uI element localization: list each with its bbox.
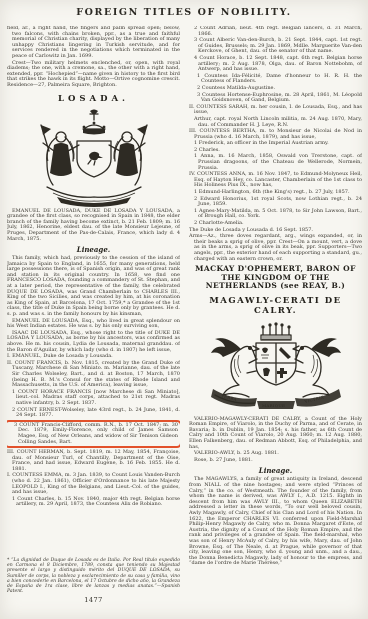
entry-count-herman: III. COUNT HERMAN, b. Sept. 1819, m. 12 … [7, 450, 180, 472]
entry-countess-hortense: 3 Countess Hortense-Euphrosine, m. 28 Ap… [189, 93, 362, 104]
entry-edward-honorius: 2 Edward Honorius, 1st royal Scots, now … [189, 197, 362, 208]
entry-agnes-mary-matilda: 1 Agnes-Mary-Matilda, m. 5 Oct. 1878, to… [189, 209, 362, 220]
annotation-highlight-box[interactable]: 3 COUNT Francis-Clifford, comm. R.N., b.… [7, 420, 180, 448]
entry-count-adrian: 2 Count Adrian, lieut. 4th regt. Belgian… [189, 26, 362, 37]
two-column-layout: field, ar., a right hand, the fingers an… [0, 18, 368, 619]
entry-edmund-harlington: 1 Edmund-Harlington, 6th (the King's) re… [189, 190, 362, 196]
losada-coat-of-arms-illustration [27, 107, 161, 207]
right-angel-supporter [109, 125, 147, 185]
page-running-head: FOREIGN TITLES OF NOBILITY. [0, 0, 368, 18]
book-page: FOREIGN TITLES OF NOBILITY. field, ar., … [0, 0, 368, 619]
emanuel-lousada-paragraph: EMANUEL DE LOUSADA, Esq., who lived in g… [7, 319, 180, 330]
left-column: field, ar., a right hand, the fingers an… [7, 26, 180, 550]
lineage-heading-losada: Lineage. [7, 245, 180, 254]
entry-anna: 1 Anna, m. 16 March, 1858, Oswald von Tr… [189, 154, 362, 171]
entry-emanuel: I. EMANUEL, Duke de Losada y Lousada. [7, 354, 180, 360]
mackay-dophemert-heading: MACKAY D'OPHEMERT, BARON OF THE KINGDOM … [189, 265, 362, 291]
sub-entry-count-charles: 1 Count Charles, b. 15 Nov. 1840, major … [7, 497, 180, 508]
entry-countess-ida: 1 Countess Ida-Félicité, Dame d'honneur … [189, 74, 362, 85]
magawly-lineage-paragraph: The MAGAWLYS, a family of great antiquit… [189, 477, 362, 567]
lineage-heading-magawly: Lineage. [189, 466, 362, 475]
crest-paragraph: Crest—Two military helmets enclenched, o… [7, 61, 180, 89]
entry-charlotte-amelia: 2 Charlotte-Amelia. [189, 221, 362, 227]
right-column: 2 Count Adrian, lieut. 4th regt. Belgian… [189, 26, 362, 619]
page-number: 1477 [7, 596, 180, 604]
entry-countess-sarah: II. COUNTESS SARAH, m. her cousin, I. de… [189, 105, 362, 116]
sub-entry-horace: 1 COUNT HORACE FRANCIS [now Marchese di … [7, 390, 180, 407]
motto-word-marique: MARIQUE [262, 403, 285, 408]
highlighted-entry-francis-clifford: 3 COUNT Francis-Clifford, comm. R.N., b.… [9, 423, 178, 445]
entry-arthur: Arthur, capt. royal North Lincoln militi… [189, 117, 362, 128]
left-angel-supporter [41, 125, 79, 185]
right-griffin-supporter [293, 338, 341, 397]
entry-count-francis: II. COUNT FRANCIS, b. Nov. 1815, created… [7, 361, 180, 389]
entry-countess-bertha: III. COUNTESS BERTHA, m. to Monsieur de … [189, 129, 362, 140]
arms-blazon-paragraph: Arms—Az., three doves regardant, arg., w… [189, 234, 362, 262]
left-griffin-supporter [211, 338, 259, 397]
sub-entry-ernest: 2 COUNT ERNEST-Wolseley, late 43rd regt.… [7, 408, 180, 419]
entry-count-horace: 4 Count Horace, b. 12 Sept. 1848, capt. … [189, 56, 362, 73]
entry-countess-emma: I. COUNTESS EMMA, m. 3 Jan. 1839, to Cou… [7, 473, 180, 495]
footnote-area: * “La dignidad de Duque de Losada es de … [7, 558, 180, 604]
emanuel-duke-paragraph: EMANUEL DE LOUSADA, DUKE DE LOSADA Y LOU… [7, 209, 180, 243]
lineage-paragraph: This family, which had, previously to th… [7, 256, 180, 318]
child-rose: Rose, b. 27 June, 1881. [189, 458, 362, 464]
section-heading-magawly: MAGAWLY-CERATI DE CALRY. [189, 296, 362, 316]
child-valerio-awly: VALERIO-AWLY, b. 25 Aug. 1881. [189, 451, 362, 457]
section-heading-losada: LOSADA. [7, 94, 180, 104]
entry-countess-matilda: 2 Countess Matilda-Augustine. [189, 86, 362, 92]
spanish-patent-footnote: * “La dignidad de Duque de Losada es de … [7, 558, 180, 594]
entry-countess-anna: IV. COUNTESS ANNA, m. 16 Nov. 1847, to E… [189, 172, 362, 189]
isaac-lousada-paragraph: ISAAC DE LOUSADA, Esq., whose right to t… [7, 331, 180, 353]
valerio-count-paragraph: VALERIO-MAGAWLY-CERATI DE CALRY, a Count… [189, 417, 362, 451]
intro-continuation-paragraph: field, ar., a right hand, the fingers an… [7, 26, 180, 60]
entry-count-alberic: 3 Count Alberic Van-den-Burch, b. 21 Sep… [189, 38, 362, 55]
magawly-coat-of-arms-illustration: TERRA MARIQUE VICTRIX [201, 319, 351, 415]
